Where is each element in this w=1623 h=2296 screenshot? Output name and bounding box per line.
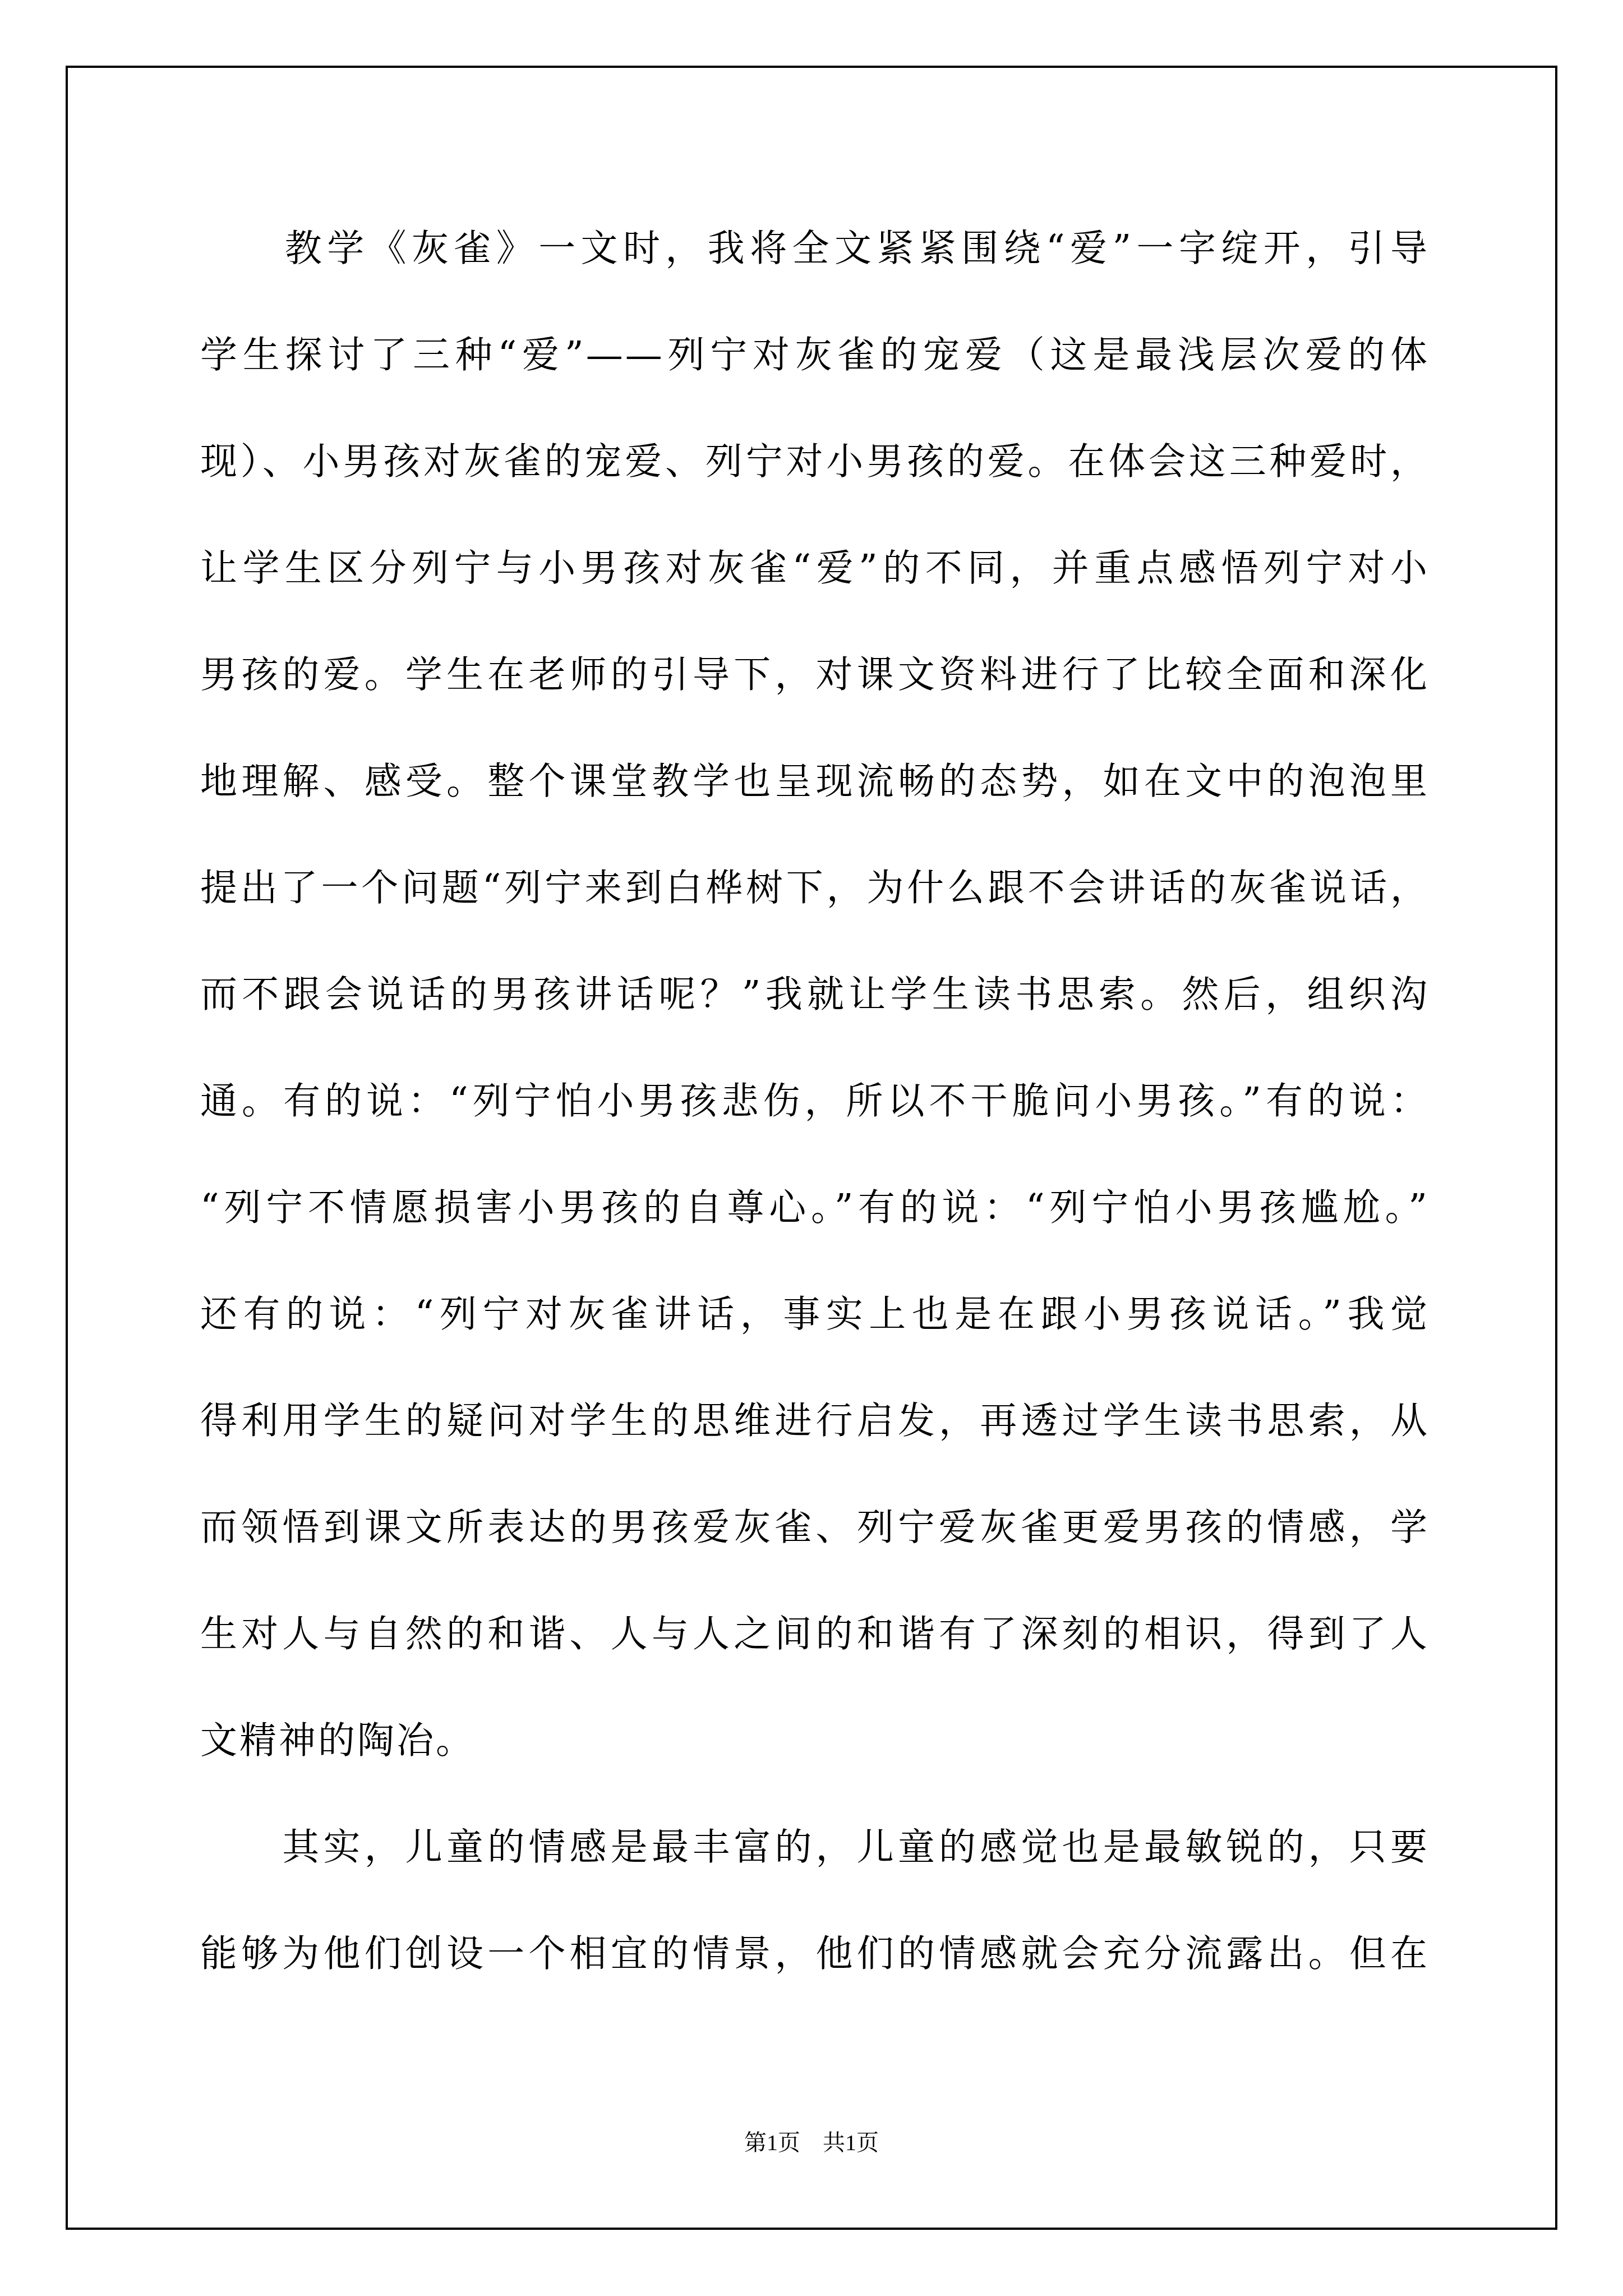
text-line: 地理解、感受。整个课堂教学也呈现流畅的态势，如在文中的泡泡里: [200, 728, 1430, 835]
text-line: 而领悟到课文所表达的男孩爱灰雀、列宁爱灰雀更爱男孩的情感，学: [200, 1474, 1430, 1581]
text-line: 还有的说：“列宁对灰雀讲话，事实上也是在跟小男孩说话。”我觉: [200, 1261, 1430, 1368]
text-line: 学生探讨了三种“爱”——列宁对灰雀的宠爱（这是最浅层次爱的体: [200, 302, 1430, 408]
text-line: 教学《灰雀》一文时，我将全文紧紧围绕“爱”一字绽开，引导: [200, 195, 1430, 302]
text-line: 提出了一个问题“列宁来到白桦树下，为什么跟不会讲话的灰雀说话，: [200, 835, 1430, 941]
text-line: “列宁不情愿损害小男孩的自尊心。”有的说：“列宁怕小男孩尴尬。”: [200, 1154, 1430, 1261]
page-footer: 第1页共1页: [0, 2126, 1623, 2160]
text-line: 其实，儿童的情感是最丰富的，儿童的感觉也是最敏锐的，只要: [200, 1794, 1430, 1901]
text-line: 让学生区分列宁与小男孩对灰雀“爱”的不同，并重点感悟列宁对小: [200, 515, 1430, 622]
text-line: 文精神的陶冶。: [200, 1687, 1430, 1794]
text-line: 通。有的说：“列宁怕小男孩悲伤，所以不干脆问小男孩。”有的说：: [200, 1048, 1430, 1154]
text-line: 而不跟会说话的男孩讲话呢？”我就让学生读书思索。然后，组织沟: [200, 941, 1430, 1048]
text-line: 得利用学生的疑问对学生的思维进行启发，再透过学生读书思索，从: [200, 1368, 1430, 1474]
text-line: 生对人与自然的和谐、人与人之间的和谐有了深刻的相识，得到了人: [200, 1581, 1430, 1687]
paragraph-2: 其实，儿童的情感是最丰富的，儿童的感觉也是最敏锐的，只要 能够为他们创设一个相宜…: [200, 1794, 1430, 2007]
paragraph-1: 教学《灰雀》一文时，我将全文紧紧围绕“爱”一字绽开，引导 学生探讨了三种“爱”—…: [200, 195, 1430, 1794]
document-body: 教学《灰雀》一文时，我将全文紧紧围绕“爱”一字绽开，引导 学生探讨了三种“爱”—…: [200, 195, 1430, 2007]
current-page-label: 第1页: [744, 2130, 800, 2155]
text-line: 现）、小男孩对灰雀的宠爱、列宁对小男孩的爱。在体会这三种爱时，: [200, 408, 1430, 515]
total-pages-label: 共1页: [823, 2130, 879, 2155]
text-line: 能够为他们创设一个相宜的情景，他们的情感就会充分流露出。但在: [200, 1901, 1430, 2007]
text-line: 男孩的爱。学生在老师的引导下，对课文资料进行了比较全面和深化: [200, 622, 1430, 728]
